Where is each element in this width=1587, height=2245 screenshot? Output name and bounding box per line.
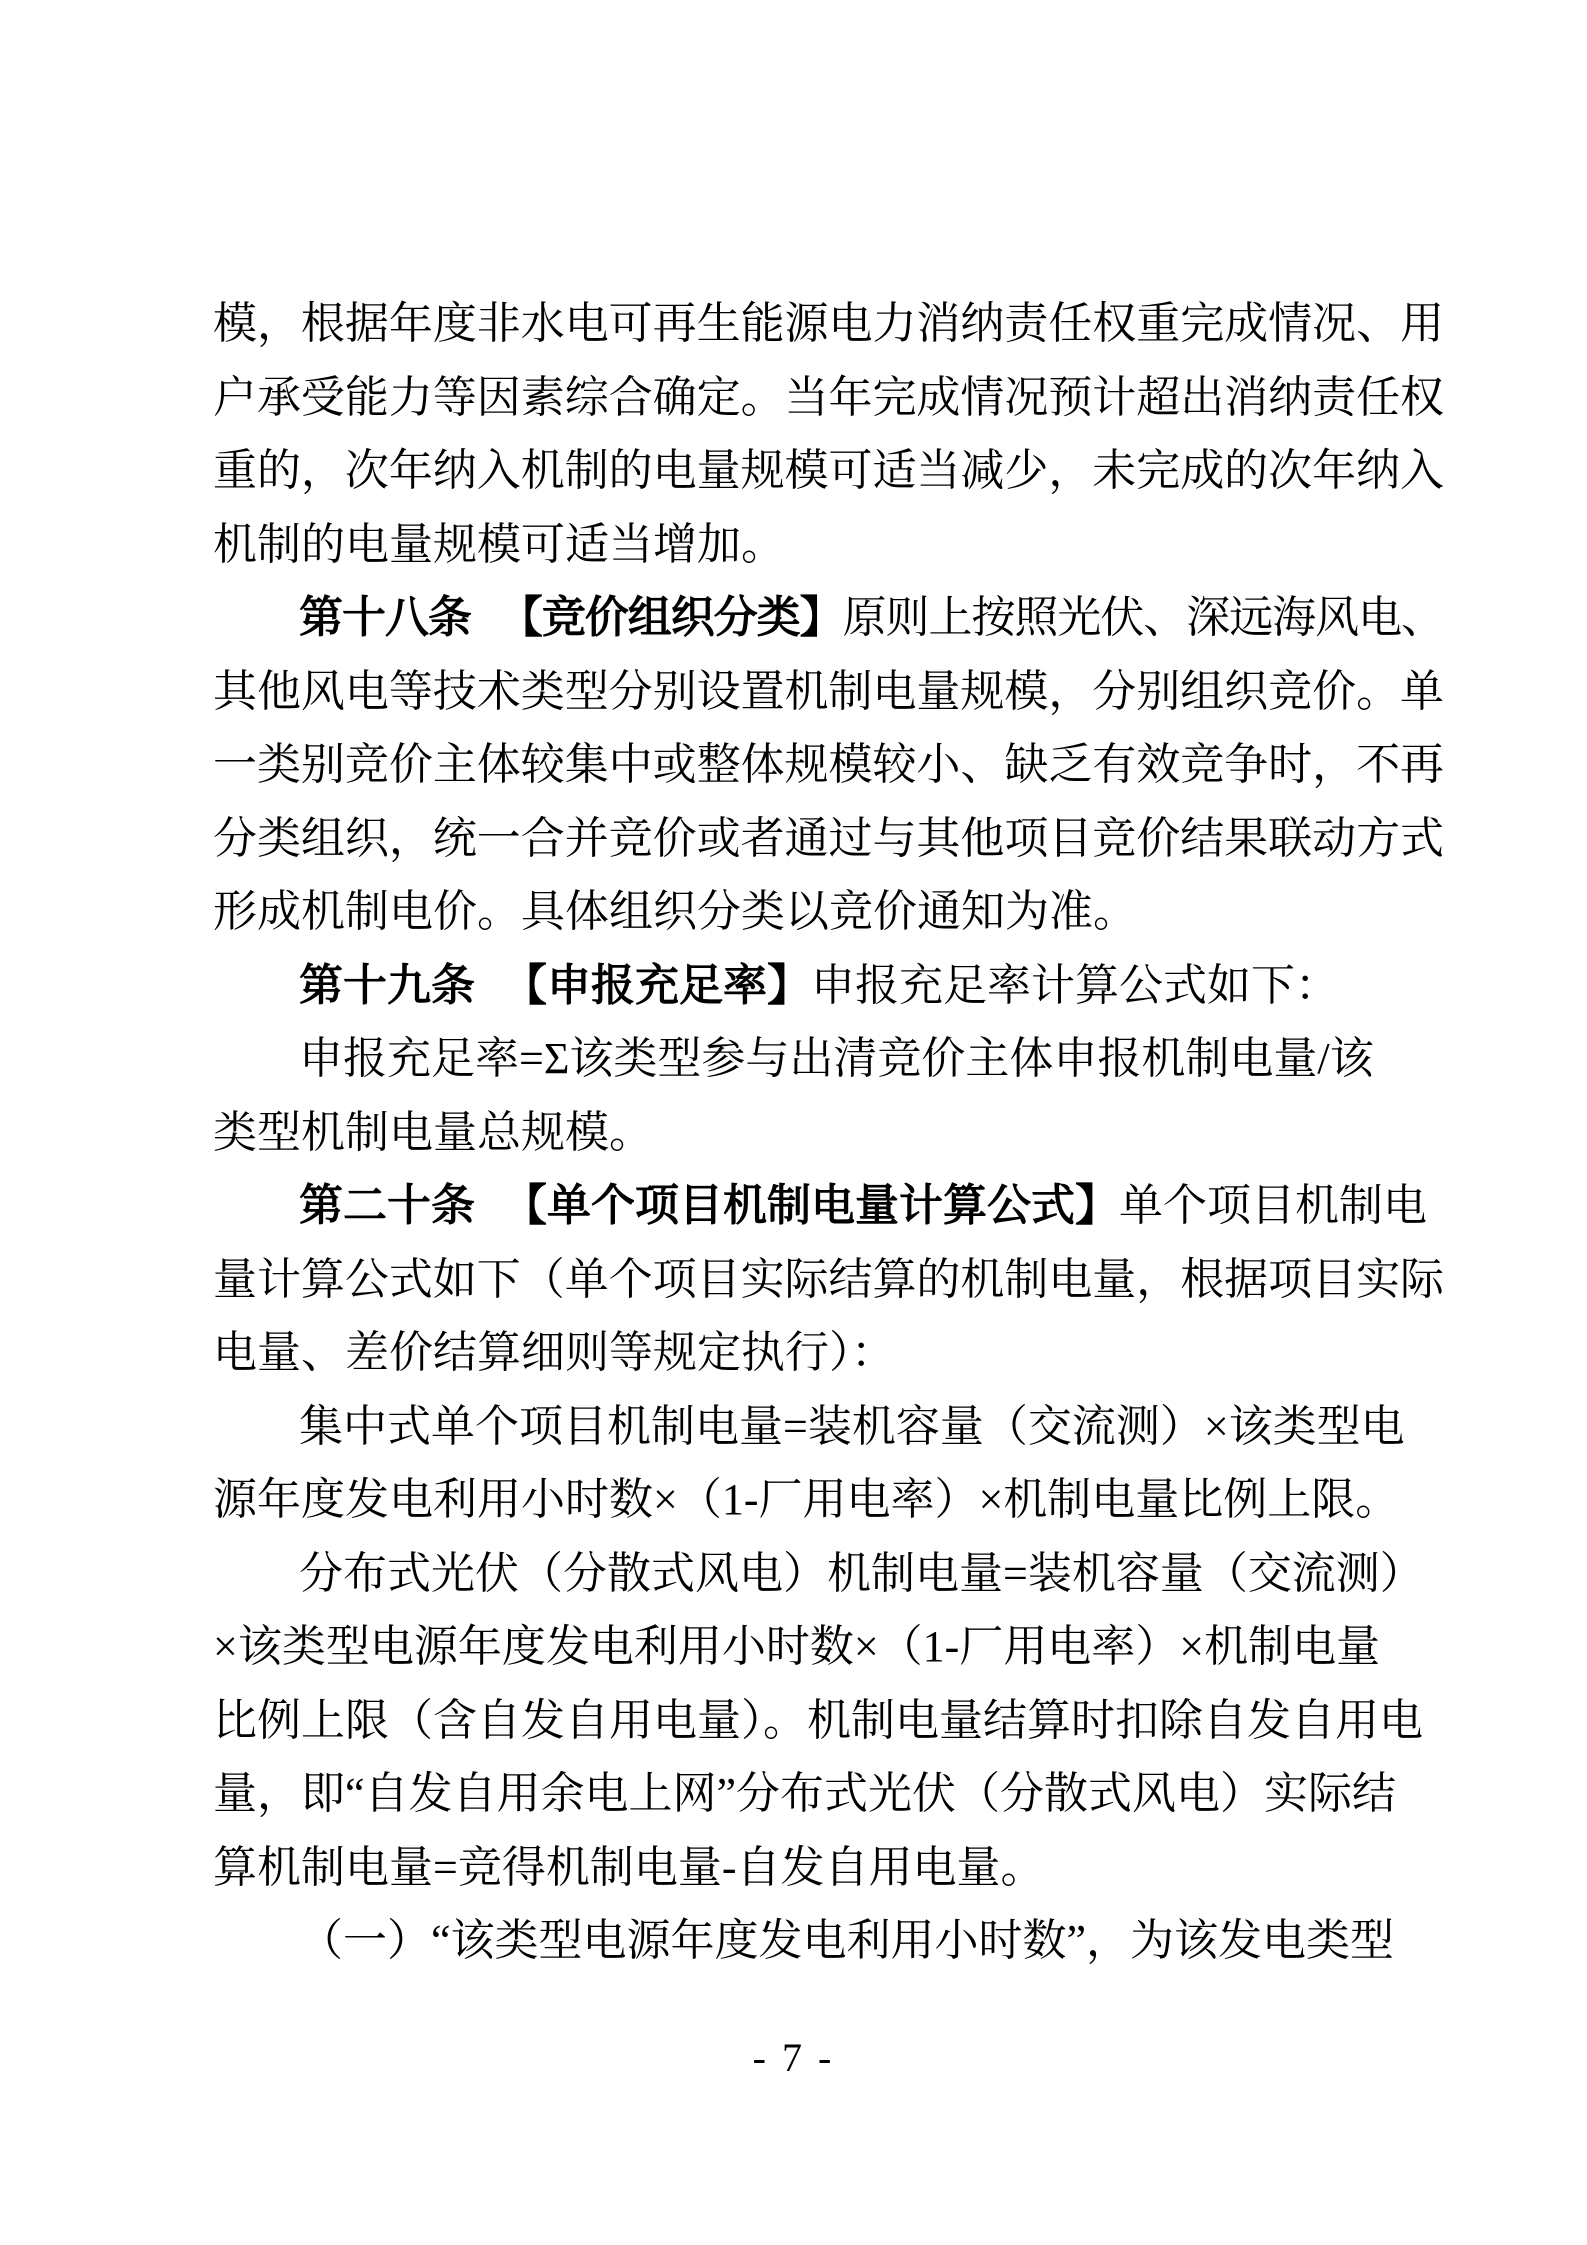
text-line: 集中式单个项目机制电量=装机容量（交流测）×该类型电 — [213, 1390, 1444, 1464]
text-run: 模，根据年度非水电可再生能源电力消纳责任权重完成情况、用 — [213, 299, 1444, 348]
text-run: 申报充足率计算公式如下： — [811, 961, 1339, 1010]
text-run: 电量、差价结算细则等规定执行）： — [213, 1328, 895, 1377]
text-line: 量计算公式如下（单个项目实际结算的机制电量，根据项目实际 — [213, 1243, 1444, 1317]
text-line: 分布式光伏（分散式风电）机制电量=装机容量（交流测） — [213, 1537, 1444, 1611]
text-run: 分布式光伏（分散式风电）机制电量=装机容量（交流测） — [299, 1549, 1424, 1598]
text-run: 重的，次年纳入机制的电量规模可适当减少，未完成的次年纳入 — [213, 446, 1444, 495]
text-line: 模，根据年度非水电可再生能源电力消纳责任权重完成情况、用 — [213, 287, 1444, 361]
text-run: 一类别竞价主体较集中或整体规模较小、缺乏有效竞争时，不再 — [213, 740, 1444, 789]
text-line: 形成机制电价。具体组织分类以竞价通知为准。 — [213, 875, 1444, 949]
text-line: 类型机制电量总规模。 — [213, 1096, 1444, 1170]
text-line: （一）“该类型电源年度发电利用小时数”，为该发电类型 — [213, 1904, 1444, 1978]
text-line: 分类组织，统一合并竞价或者通过与其他项目竞价结果联动方式 — [213, 802, 1444, 876]
text-line: 一类别竞价主体较集中或整体规模较小、缺乏有效竞争时，不再 — [213, 728, 1444, 802]
text-run: （一）“该类型电源年度发电利用小时数”，为该发电类型 — [299, 1916, 1394, 1965]
text-line: 机制的电量规模可适当增加。 — [213, 508, 1444, 582]
text-line: 第十八条【竞价组织分类】原则上按照光伏、深远海风电、 — [213, 581, 1444, 655]
text-run: 原则上按照光伏、深远海风电、 — [843, 593, 1444, 642]
document-text-block: 模，根据年度非水电可再生能源电力消纳责任权重完成情况、用户承受能力等因素综合确定… — [213, 287, 1444, 1978]
text-line: 第二十条【单个项目机制电量计算公式】单个项目机制电 — [213, 1169, 1444, 1243]
text-run: 其他风电等技术类型分别设置机制电量规模，分别组织竞价。单 — [213, 667, 1444, 716]
text-run: 量，即“自发自用余电上网”分布式光伏（分散式风电）实际结 — [213, 1769, 1396, 1818]
article-18-number: 第十八条 — [299, 593, 471, 642]
text-run: 单个项目机制电 — [1119, 1181, 1427, 1230]
page-number: - 7 - — [0, 2034, 1587, 2081]
article-18-title: 【竞价组织分类】 — [499, 593, 843, 642]
text-run: 源年度发电利用小时数×（1-厂用电率）×机制电量比例上限。 — [213, 1475, 1399, 1524]
text-run: 形成机制电价。具体组织分类以竞价通知为准。 — [213, 887, 1137, 936]
text-run: 户承受能力等因素综合确定。当年完成情况预计超出消纳责任权 — [213, 373, 1444, 422]
text-line: ×该类型电源年度发电利用小时数×（1-厂用电率）×机制电量 — [213, 1610, 1444, 1684]
text-run: 量计算公式如下（单个项目实际结算的机制电量，根据项目实际 — [213, 1255, 1444, 1304]
text-line: 重的，次年纳入机制的电量规模可适当减少，未完成的次年纳入 — [213, 434, 1444, 508]
text-line: 申报充足率=Σ该类型参与出清竞价主体申报机制电量/该 — [213, 1022, 1444, 1096]
article-20-number: 第二十条 — [299, 1181, 475, 1230]
text-line: 源年度发电利用小时数×（1-厂用电率）×机制电量比例上限。 — [213, 1463, 1444, 1537]
document-page: 模，根据年度非水电可再生能源电力消纳责任权重完成情况、用户承受能力等因素综合确定… — [0, 0, 1587, 2245]
text-run: 算机制电量=竞得机制电量-自发自用电量。 — [213, 1843, 1044, 1892]
text-line: 第十九条【申报充足率】申报充足率计算公式如下： — [213, 949, 1444, 1023]
text-line: 比例上限（含自发自用电量）。机制电量结算时扣除自发自用电 — [213, 1684, 1444, 1758]
text-run: 机制的电量规模可适当增加。 — [213, 520, 785, 569]
text-line: 其他风电等技术类型分别设置机制电量规模，分别组织竞价。单 — [213, 655, 1444, 729]
text-run: 集中式单个项目机制电量=装机容量（交流测）×该类型电 — [299, 1402, 1405, 1451]
text-run: 比例上限（含自发自用电量）。机制电量结算时扣除自发自用电 — [213, 1696, 1423, 1745]
text-line: 算机制电量=竞得机制电量-自发自用电量。 — [213, 1831, 1444, 1905]
article-19-title: 【申报充足率】 — [503, 961, 811, 1010]
article-19-number: 第十九条 — [299, 961, 475, 1010]
article-20-title: 【单个项目机制电量计算公式】 — [503, 1181, 1119, 1230]
text-run: 类型机制电量总规模。 — [213, 1108, 653, 1157]
text-run: 分类组织，统一合并竞价或者通过与其他项目竞价结果联动方式 — [213, 814, 1444, 863]
text-line: 电量、差价结算细则等规定执行）： — [213, 1316, 1444, 1390]
text-run: ×该类型电源年度发电利用小时数×（1-厂用电率）×机制电量 — [213, 1622, 1380, 1671]
text-line: 量，即“自发自用余电上网”分布式光伏（分散式风电）实际结 — [213, 1757, 1444, 1831]
text-line: 户承受能力等因素综合确定。当年完成情况预计超出消纳责任权 — [213, 361, 1444, 435]
text-run: 申报充足率=Σ该类型参与出清竞价主体申报机制电量/该 — [299, 1034, 1374, 1083]
